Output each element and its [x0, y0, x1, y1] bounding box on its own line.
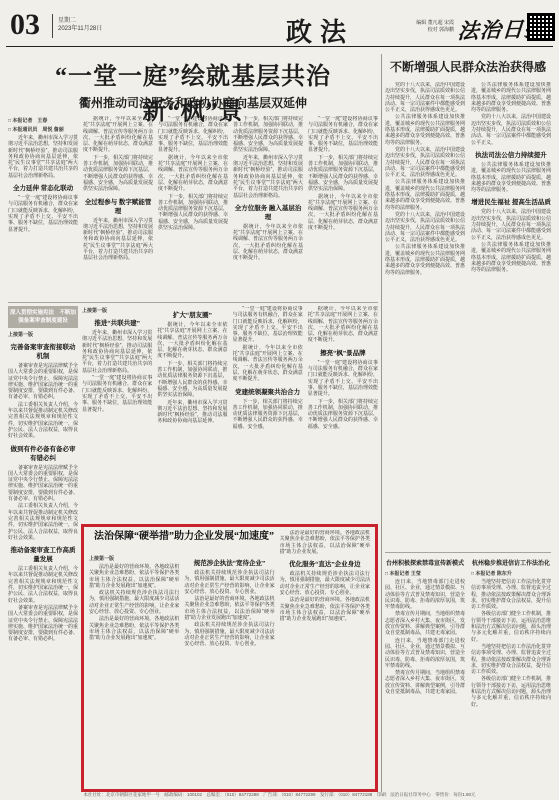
column-subhead: 完善备案审查衔接联动机制 — [8, 342, 78, 360]
body-paragraph: 据统计，今年以来全市依托“共享法庭”开展网上立案、在线调解、普法宣传等服务两万余… — [158, 155, 228, 193]
column-subhead: 做到有件必备有备必审有错必纠 — [8, 444, 78, 462]
body-paragraph: 法工委相关负责人介绍，今年以来共督促推动制定机关修改完善相关法规规章和规范性文件… — [8, 566, 78, 604]
body-paragraph: 公共法律服务体系建设加快推进，覆盖城乡的现代公共法律服务网络基本形成，法律援助扩… — [471, 162, 551, 193]
body-paragraph: 党的十八大以来，法治中国建设迈出坚实步伐，执法司法质效和公信力持续提升，人民群众… — [471, 114, 551, 145]
lead-column-4: 下一步，相关部门将持续完善工作机制，加强协同联动，推动优质法律服务资源下沉基层，… — [233, 116, 303, 298]
body-paragraph: 据统计，今年以来全市依托“共享法庭”开展网上立案、在线调解、普法宣传等服务两万余… — [233, 224, 303, 262]
continuation-article-column: 深入贯彻实施宪法 不断加强备案审查制度建设上接第一版完善备案审查衔接联动机制备案… — [8, 306, 78, 790]
body-paragraph: 政法机关持续规范涉企执法司法行为，慎用强制措施，最大限度减少司法活动对企业正常生… — [89, 590, 179, 615]
body-paragraph: 党的十八大以来，法治中国建设迈出坚实步伐，执法司法质效和公信力持续提升，人民群众… — [471, 209, 551, 240]
lead-article-columns: □ 本报记者 王春□ 本报通讯员 周悦 詹丽近年来，衢州市深入学习贯彻习近平法治… — [8, 116, 378, 298]
body-paragraph: 法治是最好的营商环境。各地政法机关聚焦企业急难愁盼，依法平等保护各类市场主体合法… — [184, 596, 274, 621]
mid-column-3: “一堂一庭”建设将协商议事与司法服务有机融合，群众在家门口就能反映诉求、化解纠纷… — [233, 306, 303, 518]
body-paragraph: 法治是最好的营商环境。各地政法机关聚焦企业急难愁盼，依法平等保护各类市场主体合法… — [89, 564, 179, 589]
body-paragraph: 近年来，衢州市深入学习贯彻习近平法治思想，坚持和发展新时代“枫桥经验”，推动司法… — [233, 155, 303, 199]
column-subhead: 执法司法公信力持续提升 — [471, 150, 551, 159]
lead-column-1: □ 本报记者 王春□ 本报通讯员 周悦 詹丽近年来，衢州市深入学习贯彻习近平法治… — [8, 116, 78, 298]
body-paragraph: 禁毒宣传月期间，当地组织禁毒志愿者深入乡村大集、夜市街区，发放宣传资料、讲解典型… — [385, 611, 465, 636]
lead-column-3: “一堂一庭”建设将协商议事与司法服务有机融合，群众在家门口就能反映诉求、化解纠纷… — [158, 116, 228, 298]
column-subhead: 全过程参与 数字赋能管理 — [83, 197, 153, 215]
body-paragraph: 下一步，相关部门将持续完善工作机制，加强协同联动，推动优质法律服务资源下沉基层，… — [308, 399, 378, 430]
column-subhead: 擦亮“枫”景品牌 — [308, 348, 378, 357]
body-paragraph: 下一步，相关部门将持续完善工作机制，加强协同联动，推动优质法律服务资源下沉基层，… — [233, 399, 303, 430]
body-paragraph: 备案审查是宪法法律赋予全国人大常委会的重要职权，是保证党中央令行禁止、保障宪法法… — [8, 605, 78, 643]
region-vertical-rule — [381, 54, 382, 792]
column-subhead: 推动备案审查工作高质量发展 — [8, 545, 78, 563]
mid-column-4: 据统计，今年以来全市依托“共享法庭”开展网上立案、在线调解、普法宣传等服务两万余… — [308, 306, 378, 518]
column-subhead: 全方位服务 融入基层治理 — [233, 203, 303, 221]
body-paragraph: 公共法律服务体系建设加快推进，覆盖城乡的现代公共法律服务网络基本形成，法律援助扩… — [471, 242, 551, 273]
body-paragraph: 据统计，今年以来全市依托“共享法庭”开展网上立案、在线调解、普法宣传等服务两万余… — [308, 306, 378, 344]
body-paragraph: “一堂一庭”建设将协商议事与司法服务有机融合，群众在家门口就能反映诉求、化解纠纷… — [158, 116, 228, 154]
header-rule — [6, 46, 553, 47]
right-region-horizontal-rule — [385, 552, 551, 553]
body-paragraph: 下一步，相关部门将持续完善工作机制，加强协同联动，推动优质法律服务资源下沉基层，… — [308, 155, 378, 193]
qr-code-icon — [527, 13, 555, 41]
body-paragraph: 下一步，相关部门将持续完善工作机制，加强协同联动，推动优质法律服务资源下沉基层，… — [157, 361, 227, 399]
body-paragraph: “一堂一庭”建设将协商议事与司法服务有机融合，群众在家门口就能反映诉求、化解纠纷… — [308, 116, 378, 154]
body-paragraph: 当地坚持把信访工作法治化贯穿信访事项受理、办理、监督追责全过程，推动依法按政策解… — [471, 644, 551, 675]
body-paragraph: “一堂一庭”建设将协商议事与司法服务有机融合，群众在家门口就能反映诉求、化解纠纷… — [82, 375, 152, 413]
body-paragraph: 当地坚持把信访工作法治化贯穿信访事项受理、办理、监督追责全过程，推动依法按政策解… — [471, 579, 551, 610]
credit-line-2: 校对 郭海鹏 — [394, 27, 454, 34]
newspaper-page: 03 星期二 2023年11月28日 政法 编辑 董凡超 宋霞 校对 郭海鹏 法… — [0, 0, 559, 800]
colophon-footer: 本社社址：北京市朝阳区花家地甲一号 邮政编码：100102 总编室：（010）8… — [8, 792, 551, 798]
body-paragraph: 公共法律服务体系建设加快推进，覆盖城乡的现代公共法律服务网络基本形成，法律援助扩… — [385, 179, 465, 210]
body-paragraph: 近年来，衢州市深入学习贯彻习近平法治思想，坚持和发展新时代“枫桥经验”，推动司法… — [8, 135, 78, 179]
body-paragraph: “一堂一庭”建设将协商议事与司法服务有机融合，群众在家门口就能反映诉求、化解纠纷… — [233, 306, 303, 344]
column-subhead: 全力延伸 常态化联动 — [8, 183, 78, 192]
weekday: 星期二 — [58, 17, 102, 25]
highlighted-article-box: 法治保障“硬举措”助力企业发展“加速度” 上接第一版法治是最好的营商环境。各地政… — [81, 524, 378, 792]
page-number: 03 — [10, 8, 40, 42]
section-title: 政法 — [240, 12, 400, 49]
small-article-right: 杭州稳步推进信访工作法治化 □ 本报记者 陈东升当地坚持把信访工作法治化贯穿信访… — [471, 558, 551, 788]
date-block: 星期二 2023年11月28日 — [58, 17, 102, 33]
body-paragraph: 下一步，相关部门将持续完善工作机制，加强协同联动，推动优质法律服务资源下沉基层，… — [233, 116, 303, 154]
body-paragraph: 公共法律服务体系建设加快推进，覆盖城乡的现代公共法律服务网络基本形成，法律援助扩… — [471, 82, 551, 113]
lead-subheadline: 衢州推动司法服务和政协协商向基层双延伸 — [8, 94, 378, 111]
lead-column-5: “一堂一庭”建设将协商议事与司法服务有机融合，群众在家门口就能反映诉求、化解纠纷… — [308, 116, 378, 298]
column-subhead: 增进民生福祉 提高生活品质 — [471, 197, 551, 206]
body-paragraph: 公共法律服务体系建设加快推进，覆盖城乡的现代公共法律服务网络基本形成，法律援助扩… — [385, 244, 465, 275]
byline: 上接第一版 — [89, 555, 179, 562]
column-subhead: 推进“共联共建” — [82, 318, 152, 327]
body-paragraph: 各级信访部门健全工作机制，推行领导干部接访下访，运用法治思维和法治方式解决信访问… — [471, 611, 551, 642]
body-paragraph: 近年来，衢州市深入学习贯彻习近平法治思想，坚持和发展新时代“枫桥经验”，推动司法… — [83, 218, 153, 262]
body-paragraph: 政法机关持续规范涉企执法司法行为，慎用强制措施，最大限度减少司法活动对企业正常生… — [184, 570, 274, 595]
boxed-column-1: 上接第一版法治是最好的营商环境。各地政法机关聚焦企业急难愁盼，依法平等保护各类市… — [89, 530, 179, 786]
byline: 上接第一版 — [8, 331, 78, 338]
small-article-left-body: □ 本报记者 王莹连日来，当地禁毒部门走进校园、社区、企业，通过情景模拟、互动体… — [385, 569, 465, 696]
body-paragraph: 政法机关持续规范涉企执法司法行为，慎用强制措施，最大限度减少司法活动对企业正常生… — [280, 571, 370, 596]
small-article-right-body: □ 本报记者 陈东升当地坚持把信访工作法治化贯穿信访事项受理、办理、监督追责全过… — [471, 569, 551, 709]
credit-line-1: 编辑 董凡超 宋霞 — [394, 20, 454, 27]
small-article-left-headline: 台州积极探索禁毒宣传新模式 — [385, 558, 465, 567]
column-subhead: 规范涉企执法“宽待企业” — [184, 558, 274, 567]
small-article-right-headline: 杭州稳步推进信访工作法治化 — [471, 558, 551, 567]
body-paragraph: 据统计，今年以来全市依托“共享法庭”开展网上立案、在线调解、普法宣传等服务两万余… — [308, 194, 378, 232]
right-article-columns: 党的十八大以来，法治中国建设迈出坚实步伐，执法司法质效和公信力持续提升，人民群众… — [385, 82, 551, 548]
body-paragraph: 法治是最好的营商环境。各地政法机关聚焦企业急难愁盼，依法平等保护各类市场主体合法… — [280, 597, 370, 622]
body-paragraph: 公共法律服务体系建设加快推进，覆盖城乡的现代公共法律服务网络基本形成，法律援助扩… — [385, 114, 465, 145]
mid-column-1: 上接第一版推进“共联共建”近年来，衢州市深入学习贯彻习近平法治思想，坚持和发展新… — [82, 306, 152, 518]
boxed-column-3: 法治是最好的营商环境。各地政法机关聚焦企业急难愁盼，依法平等保护各类市场主体合法… — [280, 530, 370, 786]
column-subhead: 扩大“朋友圈” — [157, 310, 227, 319]
column-subhead: 党建统领凝聚共治合力 — [233, 387, 303, 396]
boxed-column-2: 规范涉企执法“宽待企业”政法机关持续规范涉企执法司法行为，慎用强制措施，最大限度… — [184, 530, 274, 786]
body-paragraph: 党的十八大以来，法治中国建设迈出坚实步伐，执法司法质效和公信力持续提升，人民群众… — [385, 147, 465, 178]
body-paragraph: 连日来，当地禁毒部门走进校园、社区、企业，通过情景模拟、互动体验等方式普及禁毒知… — [385, 579, 465, 610]
byline: 上接第一版 — [82, 307, 152, 314]
body-paragraph: 法工委相关负责人介绍，今年以来共督促推动制定机关修改完善相关法规规章和规范性文件… — [8, 503, 78, 541]
lead-column-2: 据统计，今年以来全市依托“共享法庭”开展网上立案、在线调解、普法宣传等服务两万余… — [83, 116, 153, 298]
body-paragraph: 连日来，当地禁毒部门走进校园、社区、企业，通过情景模拟、互动体验等方式普及禁毒知… — [385, 638, 465, 669]
body-paragraph: 备案审查是宪法法律赋予全国人大常委会的重要职权，是保证党中央令行禁止、保障宪法法… — [8, 363, 78, 401]
byline: □ 本报记者 王春 — [8, 117, 78, 124]
body-paragraph: 据统计，今年以来全市依托“共享法庭”开展网上立案、在线调解、普法宣传等服务两万余… — [233, 345, 303, 383]
body-paragraph: 法治是最好的营商环境。各地政法机关聚焦企业急难愁盼，依法平等保护各类市场主体合法… — [280, 530, 370, 555]
byline: □ 本报记者 王莹 — [385, 570, 465, 577]
column-subhead: 优化服务“直达”企业身边 — [280, 559, 370, 568]
right-article-headline: 不断增强人民群众法治获得感 — [385, 58, 551, 75]
body-paragraph: 据统计，今年以来全市依托“共享法庭”开展网上立案、在线调解、普法宣传等服务两万余… — [157, 322, 227, 360]
body-paragraph: 法工委相关负责人介绍，今年以来共督促推动制定机关修改完善相关法规规章和规范性文件… — [8, 402, 78, 440]
header-divider — [52, 14, 53, 38]
body-paragraph: 备案审查是宪法法律赋予全国人大常委会的重要职权，是保证党中央令行禁止、保障宪法法… — [8, 465, 78, 503]
body-paragraph: 下一步，相关部门将持续完善工作机制，加强协同联动，推动优质法律服务资源下沉基层，… — [83, 155, 153, 193]
body-paragraph: 党的十八大以来，法治中国建设迈出坚实步伐，执法司法质效和公信力持续提升，人民群众… — [385, 82, 465, 113]
body-paragraph: 法治是最好的营商环境。各地政法机关聚焦企业急难愁盼，依法平等保护各类市场主体合法… — [89, 616, 179, 641]
body-paragraph: 禁毒宣传月期间，当地组织禁毒志愿者深入乡村大集、夜市街区，发放宣传资料、讲解典型… — [385, 670, 465, 695]
editor-credits: 编辑 董凡超 宋霞 校对 郭海鹏 — [394, 20, 454, 34]
body-paragraph: 下一步，相关部门将持续完善工作机制，加强协同联动，推动优质法律服务资源下沉基层，… — [158, 194, 228, 232]
byline: □ 本报记者 陈东升 — [471, 570, 551, 577]
small-article-left: 台州积极探索禁毒宣传新模式 □ 本报记者 王莹连日来，当地禁毒部门走进校园、社区… — [385, 558, 465, 788]
mid-columns: 上接第一版推进“共联共建”近年来，衢州市深入学习贯彻习近平法治思想，坚持和发展新… — [82, 306, 378, 518]
body-paragraph: 党的十八大以来，法治中国建设迈出坚实步伐，执法司法质效和公信力持续提升，人民群众… — [385, 212, 465, 243]
left-region-horizontal-rule — [8, 302, 378, 303]
gray-headline: 深入贯彻实施宪法 不断加强备案审查制度建设 — [8, 306, 78, 328]
byline: □ 本报通讯员 周悦 詹丽 — [8, 126, 78, 133]
body-paragraph: “一堂一庭”建设将协商议事与司法服务有机融合，群众在家门口就能反映诉求、化解纠纷… — [8, 195, 78, 233]
body-paragraph: 政法机关持续规范涉企执法司法行为，慎用强制措施，最大限度减少司法活动对企业正常生… — [184, 622, 274, 647]
body-paragraph: 各级信访部门健全工作机制，推行领导干部接访下访，运用法治思维和法治方式解决信访问… — [471, 676, 551, 707]
right-article-column-2: 公共法律服务体系建设加快推进，覆盖城乡的现代公共法律服务网络基本形成，法律援助扩… — [471, 82, 551, 548]
date: 2023年11月28日 — [58, 25, 102, 33]
boxed-article-columns: 上接第一版法治是最好的营商环境。各地政法机关聚焦企业急难愁盼，依法平等保护各类市… — [89, 530, 370, 786]
mid-column-2: 扩大“朋友圈”据统计，今年以来全市依托“共享法庭”开展网上立案、在线调解、普法宣… — [157, 306, 227, 518]
body-paragraph: 近年来，衢州市深入学习贯彻习近平法治思想，坚持和发展新时代“枫桥经验”，推动司法… — [82, 330, 152, 374]
right-article-column-1: 党的十八大以来，法治中国建设迈出坚实步伐，执法司法质效和公信力持续提升，人民群众… — [385, 82, 465, 548]
body-paragraph: “一堂一庭”建设将协商议事与司法服务有机融合，群众在家门口就能反映诉求、化解纠纷… — [308, 360, 378, 398]
body-paragraph: 近年来，衢州市深入学习贯彻习近平法治思想，坚持和发展新时代“枫桥经验”，推动司法… — [157, 400, 227, 425]
body-paragraph: 据统计，今年以来全市依托“共享法庭”开展网上立案、在线调解、普法宣传等服务两万余… — [83, 116, 153, 154]
